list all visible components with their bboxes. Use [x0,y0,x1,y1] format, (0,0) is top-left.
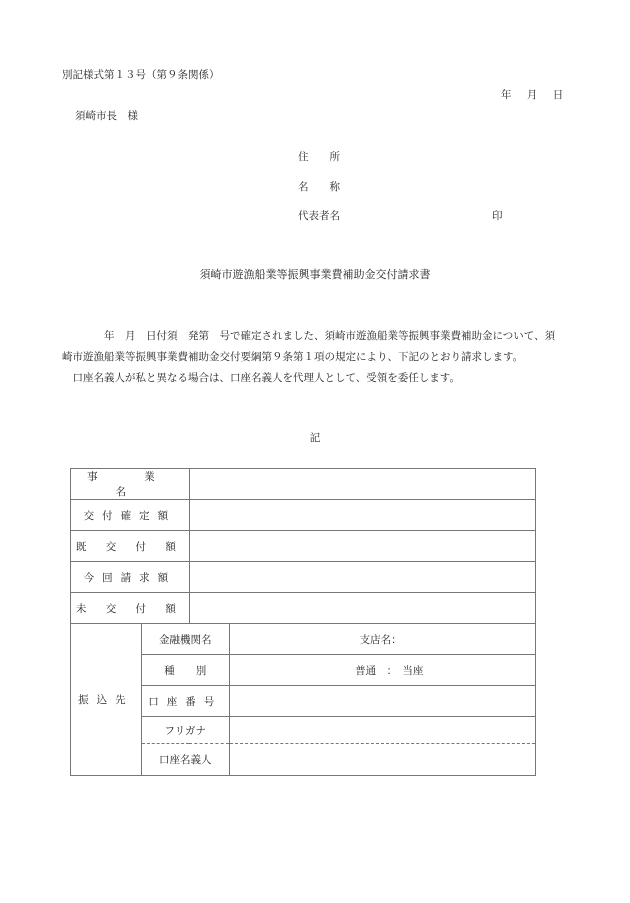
date-month: 月 [527,89,538,101]
form-id: 別記様式第１３号（第９条関係） [62,67,220,82]
date-line: 年 月 日 [501,87,563,102]
paid-amount-label: 既 交 付 額 [71,531,190,562]
table-row: 今回請求額 [71,562,536,593]
body-paragraph-2: 口座名義人が私と異なる場合は、口座名義人を代理人として、受領を委任します。 [62,368,562,389]
project-name-field[interactable] [189,469,535,500]
account-number-label: 口座番号 [141,686,229,717]
date-year: 年 [501,89,512,101]
account-number-field[interactable] [229,686,535,717]
account-type-label: 種 別 [141,655,229,686]
seal-mark: 印 [492,208,503,223]
furigana-field[interactable] [229,717,535,744]
requested-amount-field[interactable] [189,562,535,593]
request-form-table: 事 業 名 交付確定額 既 交 付 額 今回請求額 未 交 付 額 振込先 金融… [70,468,536,776]
furigana-label: フリガナ [141,717,229,744]
table-row: 既 交 付 額 [71,531,536,562]
account-holder-field[interactable] [229,744,535,776]
table-row: 未 交 付 額 [71,593,536,624]
account-type-field[interactable]: 普通 ： 当座 [229,655,535,686]
requested-amount-label: 今回請求額 [71,562,190,593]
address-label: 住 所 [298,149,340,164]
unpaid-amount-label: 未 交 付 額 [71,593,190,624]
date-day: 日 [553,89,564,101]
branch-label: 支店名： [360,634,402,646]
table-row: 事 業 名 [71,469,536,500]
confirmed-amount-field[interactable] [189,500,535,531]
addressee: 須崎市長 様 [75,108,138,123]
paid-amount-field[interactable] [189,531,535,562]
name-label: 名 称 [298,179,340,194]
body-paragraph-1: 年 月 日付須 発第 号で確定されました、須崎市遊漁船業等振興事業費補助金につい… [62,326,562,368]
account-holder-label: 口座名義人 [141,744,229,776]
document-title: 須崎市遊漁船業等振興事業費補助金交付請求書 [0,266,630,282]
representative-label: 代表者名 [298,208,340,223]
ki-heading: 記 [0,430,630,445]
confirmed-amount-label: 交付確定額 [71,500,190,531]
table-row: 振込先 金融機関名 支店名： [71,624,536,655]
table-row: 交付確定額 [71,500,536,531]
bank-name-field[interactable]: 支店名： [229,624,535,655]
transfer-label: 振込先 [71,624,142,776]
bank-name-label: 金融機関名 [141,624,229,655]
body-text: 年 月 日付須 発第 号で確定されました、須崎市遊漁船業等振興事業費補助金につい… [62,326,562,389]
project-name-label: 事 業 名 [71,469,190,500]
unpaid-amount-field[interactable] [189,593,535,624]
